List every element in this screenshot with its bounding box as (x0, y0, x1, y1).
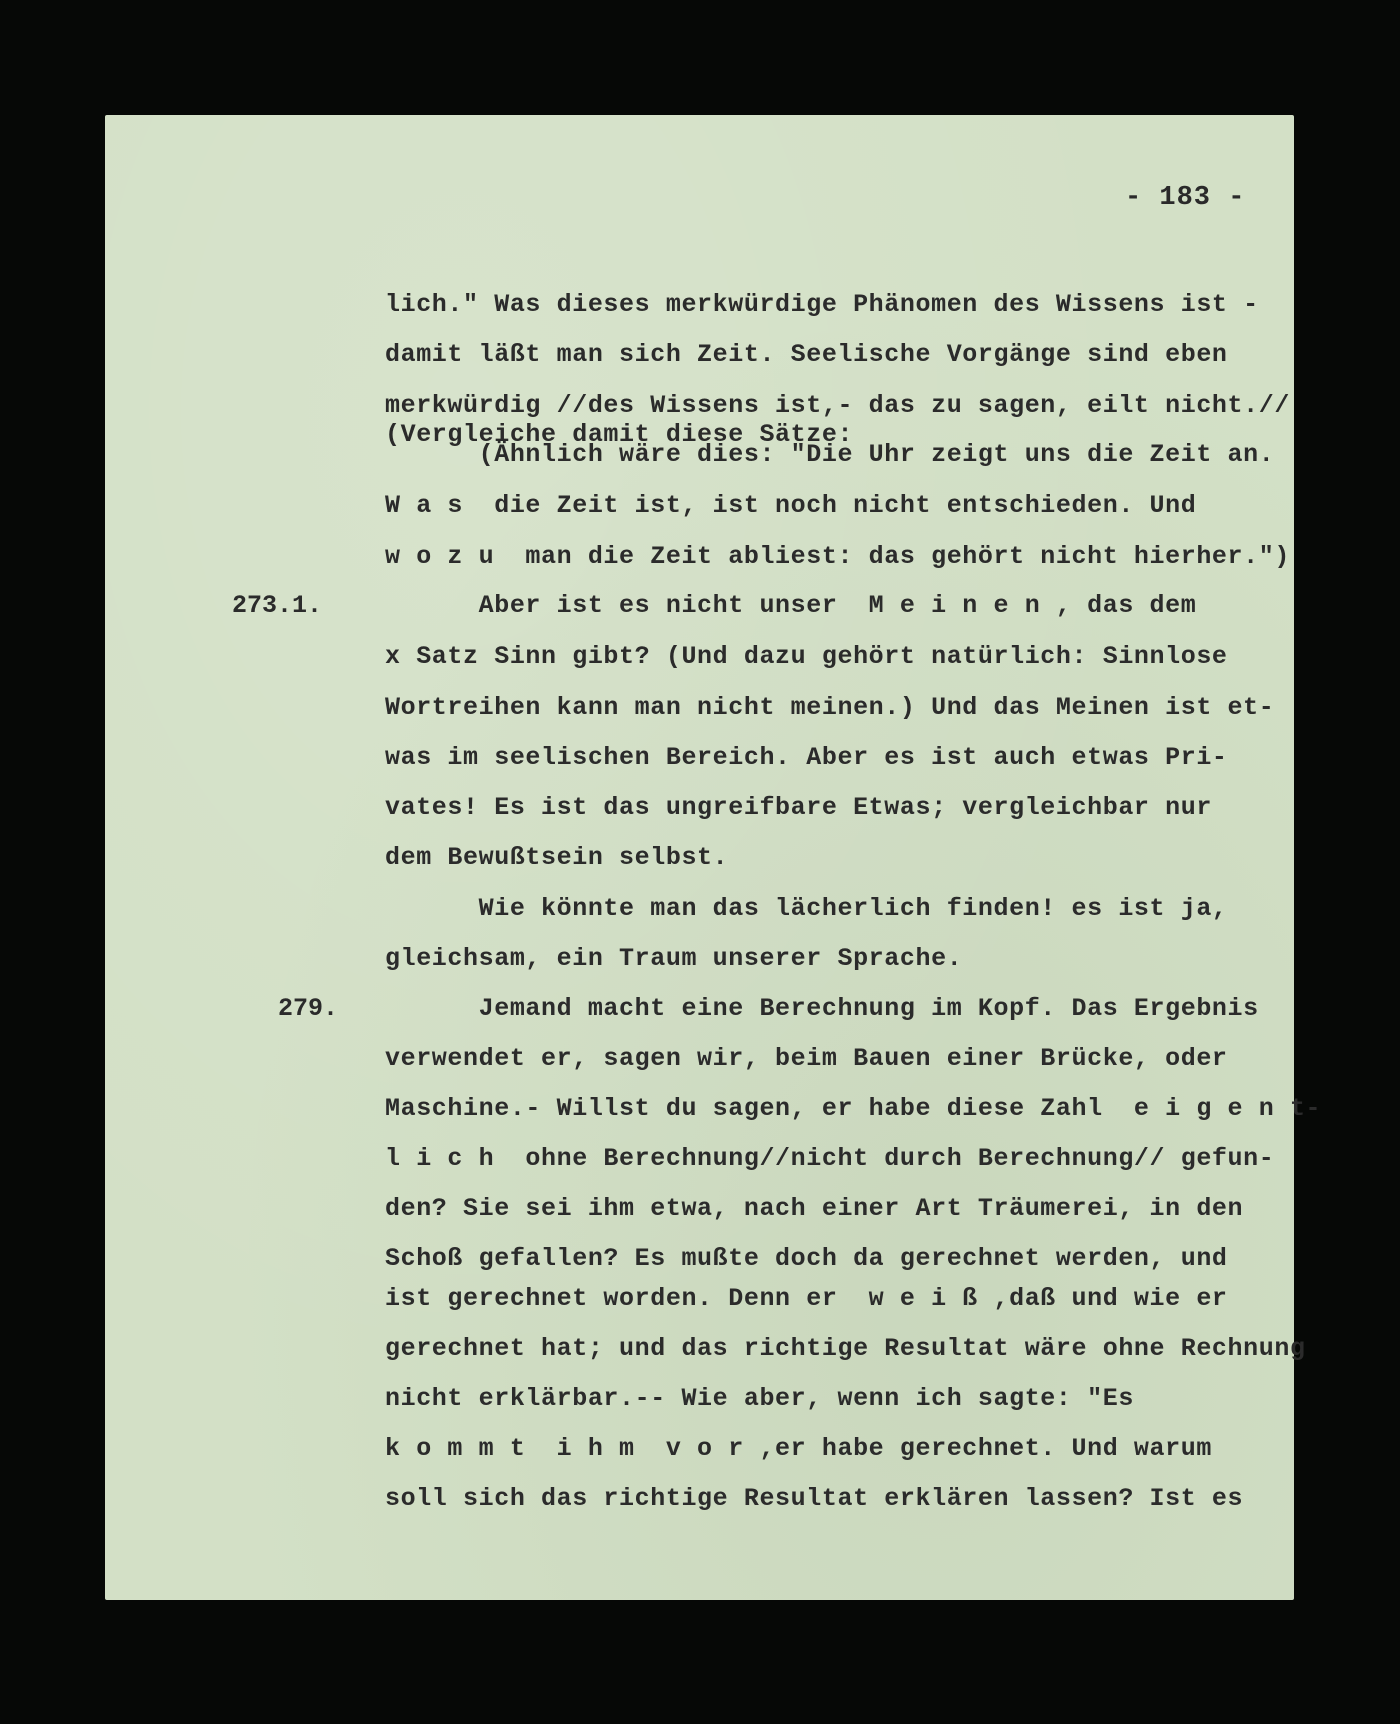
text-line: k o m m t i h m v o r ,er habe gerechnet… (385, 1434, 1212, 1463)
text-line: was im seelischen Bereich. Aber es ist a… (385, 743, 1228, 772)
text-line: den? Sie sei ihm etwa, nach einer Art Tr… (385, 1194, 1243, 1223)
text-line: l i c h ohne Berechnung//nicht durch Ber… (385, 1144, 1274, 1173)
text-line: dem Bewußtsein selbst. (385, 843, 728, 872)
text-line: Jemand macht eine Berechnung im Kopf. Da… (385, 994, 1259, 1023)
text-line: soll sich das richtige Resultat erklären… (385, 1484, 1243, 1513)
text-line: nicht erklärbar.-- Wie aber, wenn ich sa… (385, 1384, 1134, 1413)
text-line: w o z u man die Zeit abliest: das gehört… (385, 542, 1290, 571)
text-line: W a s die Zeit ist, ist noch nicht entsc… (385, 491, 1196, 520)
remark-number: 279. (278, 994, 338, 1023)
page-number: - 183 - (1125, 183, 1245, 213)
text-line: Aber ist es nicht unser M e i n e n , da… (385, 591, 1196, 620)
remark-number: 273.1. (232, 591, 322, 620)
text-line: Schoß gefallen? Es mußte doch da gerechn… (385, 1244, 1228, 1273)
text-line: vates! Es ist das ungreifbare Etwas; ver… (385, 793, 1212, 822)
text-line: verwendet er, sagen wir, beim Bauen eine… (385, 1044, 1228, 1073)
text-line: x Satz Sinn gibt? (Und dazu gehört natür… (385, 642, 1228, 671)
text-line: merkwürdig //des Wissens ist,- das zu sa… (385, 391, 1290, 420)
text-line: damit läßt man sich Zeit. Seelische Vorg… (385, 340, 1228, 369)
text-line: Maschine.- Willst du sagen, er habe dies… (385, 1094, 1321, 1123)
text-line: lich." Was dieses merkwürdige Phänomen d… (385, 290, 1259, 319)
text-line: gleichsam, ein Traum unserer Sprache. (385, 944, 962, 973)
text-line: gerechnet hat; und das richtige Resultat… (385, 1334, 1306, 1363)
text-line: ist gerechnet worden. Denn er w e i ß ,d… (385, 1284, 1228, 1313)
text-line: (Ähnlich wäre dies: "Die Uhr zeigt uns d… (385, 440, 1274, 469)
text-line: Wortreihen kann man nicht meinen.) Und d… (385, 693, 1274, 722)
text-line: Wie könnte man das lächerlich finden! es… (385, 894, 1228, 923)
